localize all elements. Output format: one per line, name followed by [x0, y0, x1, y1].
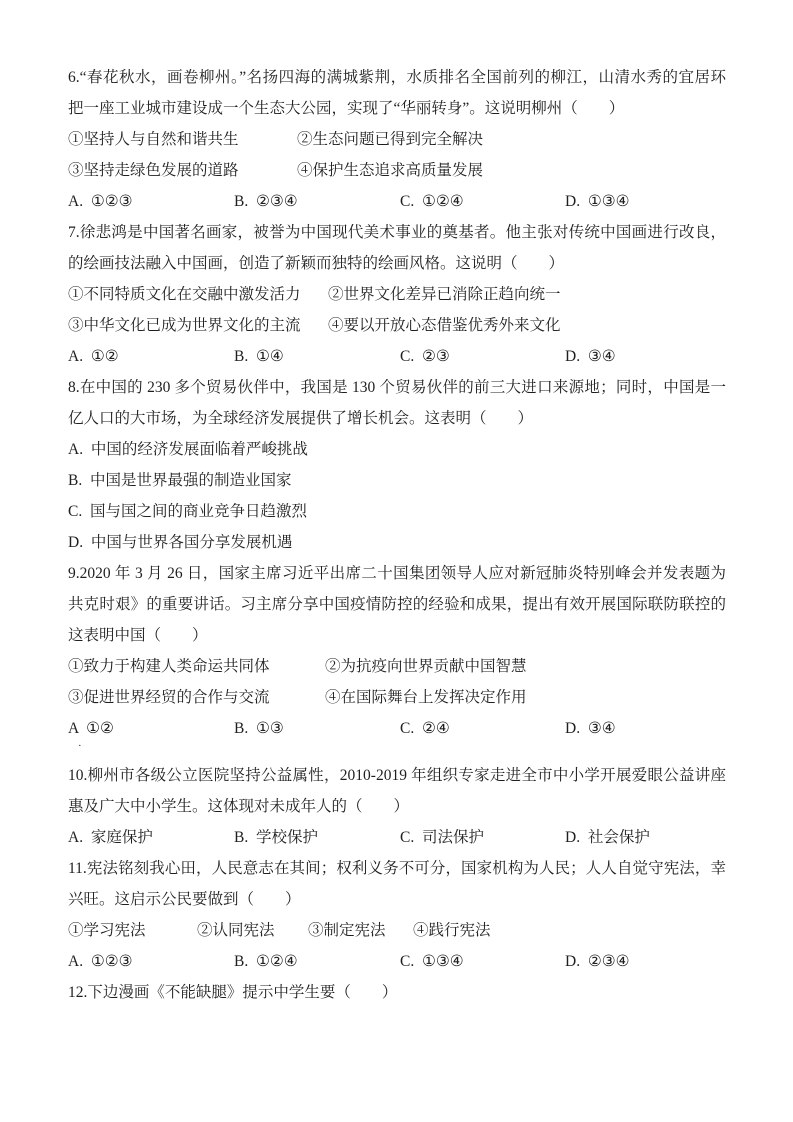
question-9-choice-a: A ①②: [68, 713, 114, 744]
question-9-statement-4: ④在国际舞台上发挥决定作用: [325, 682, 527, 713]
question-6-statements-row-2: ③坚持走绿色发展的道路 ④保护生态追求高质量发展: [68, 155, 726, 186]
question-11-stem-line-1: 11.宪法铭刻我心田，人民意志在其间；权利义务不可分，国家机构为人民；人人自觉守…: [68, 853, 726, 884]
question-7-statements-row-1: ①不同特质文化在交融中激发活力 ②世界文化差异已消除正趋向统一: [68, 279, 726, 310]
question-8-choice-d: D. 中国与世界各国分享发展机遇: [68, 527, 726, 558]
question-9-statements-row-1: ①致力于构建人类命运共同体 ②为抗疫向世界贡献中国智慧: [68, 651, 726, 682]
question-12-stem-line-1: 12.下边漫画《不能缺腿》提示中学生要（ ）: [68, 977, 726, 1008]
question-11-statement-1: ①学习宪法: [68, 915, 146, 946]
question-7-stem-line-2: 的绘画技法融入中国画，创造了新颖而独特的绘画风格。这说明（ ）: [68, 248, 726, 279]
question-7-choice-c: C. ②③: [400, 341, 450, 372]
question-6-choice-c: C. ①②④: [400, 186, 464, 217]
question-9-choices-row: A ①② B. ①③ C. ②④ D. ③④: [68, 713, 726, 744]
question-9-choice-c: C. ②④: [400, 713, 450, 744]
question-11-statement-4: ④践行宪法: [413, 915, 491, 946]
question-11-choices-row: A. ①②③ B. ①②④ C. ①③④ D. ②③④: [68, 946, 726, 977]
question-11-choice-b: B. ①②④: [234, 946, 298, 977]
question-7-statement-3: ③中华文化已成为世界文化的主流: [68, 310, 301, 341]
question-10-choice-d: D. 社会保护: [565, 822, 650, 853]
question-10-choice-c: C. 司法保护: [400, 822, 484, 853]
question-6-choice-d: D. ①③④: [565, 186, 630, 217]
question-10-stem-line-1: 10.柳州市各级公立医院坚持公益属性，2010-2019 年组织专家走进全市中小…: [68, 760, 726, 791]
question-7-statements-row-2: ③中华文化已成为世界文化的主流 ④要以开放心态借鉴优秀外来文化: [68, 310, 726, 341]
question-9-statement-1: ①致力于构建人类命运共同体: [68, 651, 270, 682]
question-7-stem-line-1: 7.徐悲鸿是中国著名画家，被誉为中国现代美术事业的奠基者。他主张对传统中国画进行…: [68, 217, 726, 248]
question-11-choice-c: C. ①③④: [400, 946, 464, 977]
question-10-choice-a: A. 家庭保护: [68, 822, 153, 853]
question-8-choice-c: C. 国与国之间的商业竞争日趋激烈: [68, 496, 726, 527]
question-9-stem-line-2: 共克时艰》的重要讲话。习主席分享中国疫情防控的经验和成果，提出有效开展国际联防联…: [68, 589, 726, 620]
question-8-stem-line-2: 亿人口的大市场，为全球经济发展提供了增长机会。这表明（ ）: [68, 403, 726, 434]
question-9-stem-line-3: 这表明中国（ ）: [68, 620, 726, 651]
question-10-choices-row: A. 家庭保护 B. 学校保护 C. 司法保护 D. 社会保护: [68, 822, 726, 853]
question-11-choice-d: D. ②③④: [565, 946, 630, 977]
question-11-stem-line-2: 兴旺。这启示公民要做到（ ）: [68, 884, 726, 915]
question-11-statement-3: ③制定宪法: [308, 915, 386, 946]
question-7-choices-row: A. ①② B. ①④ C. ②③ D. ③④: [68, 341, 726, 372]
question-7-statement-2: ②世界文化差异已消除正趋向统一: [328, 279, 561, 310]
exam-page: 6.“春花秋水，画卷柳州。”名扬四海的满城紫荆，水质排名全国前列的柳江，山清水秀…: [0, 0, 793, 1122]
question-9-statement-3: ③促进世界经贸的合作与交流: [68, 682, 270, 713]
question-11-statement-2: ②认同宪法: [197, 915, 275, 946]
question-8-stem-line-1: 8.在中国的 230 多个贸易伙伴中，我国是 130 个贸易伙伴的前三大进口来源…: [68, 372, 726, 403]
question-7-choice-b: B. ①④: [234, 341, 284, 372]
question-6-statements-row-1: ①坚持人与自然和谐共生 ②生态问题已得到完全解决: [68, 124, 726, 155]
question-8-choice-b: B. 中国是世界最强的制造业国家: [68, 465, 726, 496]
question-9-statement-2: ②为抗疫向世界贡献中国智慧: [325, 651, 527, 682]
question-7-statement-1: ①不同特质文化在交融中激发活力: [68, 279, 301, 310]
question-9-choice-d: D. ③④: [565, 713, 616, 744]
question-11-choice-a: A. ①②③: [68, 946, 133, 977]
spacer-with-stray-mark: ·: [68, 744, 726, 760]
question-9-choice-b: B. ①③: [234, 713, 284, 744]
question-6-stem-line-1: 6.“春花秋水，画卷柳州。”名扬四海的满城紫荆，水质排名全国前列的柳江，山清水秀…: [68, 62, 726, 93]
question-10-stem-line-2: 惠及广大中小学生。这体现对未成年人的（ ）: [68, 791, 726, 822]
question-6-stem-line-2: 把一座工业城市建设成一个生态大公园，实现了“华丽转身”。这说明柳州（ ）: [68, 93, 726, 124]
question-9-stem-line-1: 9.2020 年 3 月 26 日，国家主席习近平出席二十国集团领导人应对新冠肺…: [68, 558, 726, 589]
stray-mark: ·: [78, 738, 82, 754]
question-6-choices-row: A. ①②③ B. ②③④ C. ①②④ D. ①③④: [68, 186, 726, 217]
question-8-choice-a: A. 中国的经济发展面临着严峻挑战: [68, 434, 726, 465]
question-6-statement-4: ④保护生态追求高质量发展: [297, 155, 483, 186]
question-6-choice-b: B. ②③④: [234, 186, 298, 217]
question-7-choice-a: A. ①②: [68, 341, 119, 372]
question-6-statement-2: ②生态问题已得到完全解决: [297, 124, 483, 155]
question-10-choice-b: B. 学校保护: [234, 822, 318, 853]
question-9-statements-row-2: ③促进世界经贸的合作与交流 ④在国际舞台上发挥决定作用: [68, 682, 726, 713]
question-6-choice-a: A. ①②③: [68, 186, 133, 217]
question-list: 6.“春花秋水，画卷柳州。”名扬四海的满城紫荆，水质排名全国前列的柳江，山清水秀…: [68, 62, 726, 1008]
question-6-statement-3: ③坚持走绿色发展的道路: [68, 155, 239, 186]
question-6-statement-1: ①坚持人与自然和谐共生: [68, 124, 239, 155]
question-11-statements-row: ①学习宪法 ②认同宪法 ③制定宪法 ④践行宪法: [68, 915, 726, 946]
question-7-statement-4: ④要以开放心态借鉴优秀外来文化: [328, 310, 561, 341]
question-7-choice-d: D. ③④: [565, 341, 616, 372]
